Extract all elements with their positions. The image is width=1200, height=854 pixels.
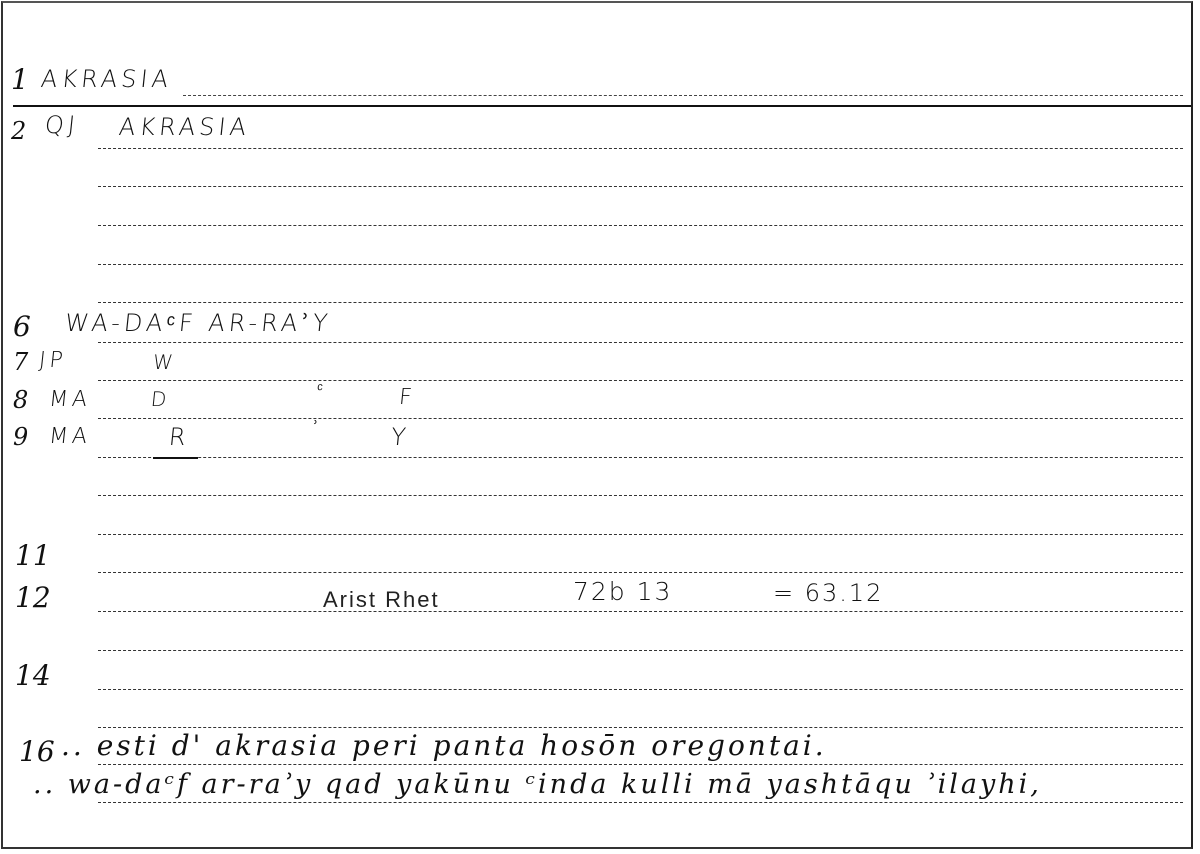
line-number-14: 14 — [15, 659, 51, 692]
manuscript-letter: Y — [390, 423, 412, 451]
manuscript-letter: D — [150, 387, 172, 411]
ruled-line — [98, 264, 1183, 265]
headword: AKRASIA — [40, 65, 174, 93]
ruled-line — [98, 611, 1183, 612]
line-number-8: 8 — [13, 386, 28, 414]
arabic-term: WA-DAᶜF AR-RAʾY — [63, 309, 332, 338]
reference-work: Arist Rhet — [323, 587, 440, 613]
line-number-11: 11 — [15, 539, 51, 572]
arabic-quotation: .. wa-daᶜf ar-raʾy qad yakūnu ᶜinda kull… — [33, 769, 1042, 800]
line-number-12: 12 — [15, 581, 51, 614]
source-siglum: JP — [38, 348, 68, 373]
underline-mark — [153, 457, 198, 459]
source-siglum: MA — [48, 387, 93, 412]
ruled-line — [98, 302, 1183, 303]
line-number-9: 9 — [13, 423, 28, 451]
ruled-line — [98, 727, 1183, 728]
ruled-line — [98, 186, 1183, 187]
line-number-2: 2 — [11, 117, 26, 145]
source-siglum: MA — [48, 424, 93, 449]
manuscript-letter: ʾ — [312, 417, 323, 436]
ruled-line — [98, 418, 1183, 419]
ruled-line — [98, 764, 1183, 765]
ruled-line — [98, 802, 1183, 803]
ruled-line — [98, 534, 1183, 535]
ruled-line — [98, 225, 1183, 226]
ruled-line — [98, 572, 1183, 573]
source-siglum: QJ — [44, 111, 81, 139]
ruled-line — [98, 342, 1183, 343]
ruled-line — [98, 380, 1183, 381]
ruled-line — [98, 495, 1183, 496]
line-number-1: 1 — [11, 63, 29, 96]
manuscript-letter: ᶜ — [316, 379, 328, 399]
ruled-line — [98, 457, 1183, 458]
ruled-line — [98, 148, 1183, 149]
header-divider — [13, 105, 1191, 107]
line-number-16: 16 — [19, 735, 55, 768]
index-card: 1 AKRASIA 2 QJ AKRASIA 6 WA-DAᶜF AR-RAʾY… — [1, 1, 1193, 849]
greek-quotation: .. esti d' akrasia peri panta hosōn oreg… — [61, 729, 827, 762]
manuscript-letter: R — [168, 423, 192, 451]
source-headword: AKRASIA — [118, 113, 252, 141]
bekker-reference: 72b 13 — [573, 577, 672, 606]
ruled-line — [98, 650, 1183, 651]
manuscript-letter: W — [152, 350, 178, 374]
equivalent-reference: = 63.12 — [773, 579, 883, 607]
manuscript-letter: F — [398, 385, 417, 410]
ruled-line — [98, 689, 1183, 690]
line-number-7: 7 — [13, 348, 28, 376]
line-number-6: 6 — [13, 310, 31, 343]
ruled-line — [183, 95, 1183, 96]
